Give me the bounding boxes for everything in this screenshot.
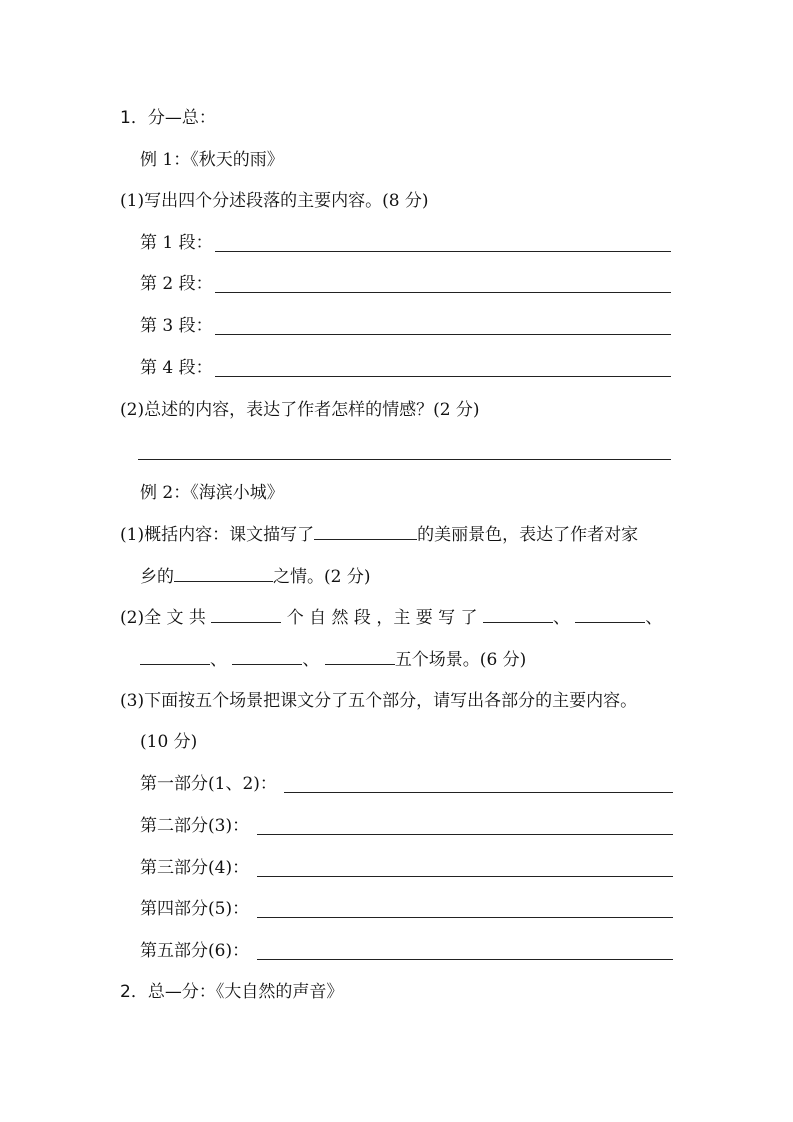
scenery-answer-blank[interactable]: [314, 523, 417, 540]
example-1-question-2: (2)总述的内容，表达了作者怎样的情感？(2 分): [120, 399, 480, 421]
paragraph-2-answer-blank[interactable]: [215, 292, 671, 293]
paragraph-4-answer-blank[interactable]: [215, 376, 671, 377]
example-2-question-3: (3)下面按五个场景把课文分了五个部分，请写出各部分的主要内容。: [120, 690, 637, 712]
q2-text-b: 个 自 然 段 ，主 要 写 了: [287, 608, 478, 628]
q1-text-d: 之情。(2 分): [273, 567, 370, 587]
example-1-question-1: (1)写出四个分述段落的主要内容。(8 分): [120, 190, 429, 212]
example-1-title: 例 1：《秋天的雨》: [140, 149, 284, 171]
part-1-label: 第一部分(1、2)：: [140, 773, 277, 795]
part-3-label: 第三部分(4)：: [140, 857, 249, 879]
example-2-question-2-line-1: (2)全 文 共 个 自 然 段 ，主 要 写 了 、 、: [120, 606, 662, 629]
q2-text-a: (2)全 文 共: [120, 608, 206, 628]
part-4-answer-blank[interactable]: [257, 917, 673, 918]
q2-text-end: 五个场景。(6 分): [395, 650, 526, 670]
paragraph-count-blank[interactable]: [211, 606, 281, 623]
scene-1-blank[interactable]: [483, 606, 553, 623]
scene-5-blank[interactable]: [325, 648, 395, 665]
example-2-question-1-line-1: (1)概括内容：课文描写了的美丽景色，表达了作者对家: [120, 523, 638, 546]
separator: 、: [645, 608, 662, 628]
part-5-label: 第五部分(6)：: [140, 940, 249, 962]
q1-text-b: 的美丽景色，表达了作者对家: [417, 525, 638, 545]
q1-text-c: 乡的: [140, 567, 174, 587]
paragraph-3-label: 第 3 段：: [140, 315, 213, 337]
example-2-question-2-line-2: 、 、 五个场景。(6 分): [140, 648, 526, 671]
paragraph-4-label: 第 4 段：: [140, 357, 213, 379]
section-2-heading: 2．总—分：《大自然的声音》: [120, 981, 343, 1003]
example-2-question-1-line-2: 乡的之情。(2 分): [140, 565, 370, 588]
feeling-answer-blank[interactable]: [174, 565, 273, 582]
part-3-answer-blank[interactable]: [257, 876, 673, 877]
example-2-question-3-score: (10 分): [140, 731, 197, 753]
part-2-label: 第二部分(3)：: [140, 815, 249, 837]
scene-3-blank[interactable]: [140, 648, 210, 665]
paragraph-1-label: 第 1 段：: [140, 232, 213, 254]
part-2-answer-blank[interactable]: [257, 834, 673, 835]
scene-4-blank[interactable]: [232, 648, 302, 665]
paragraph-2-label: 第 2 段：: [140, 273, 213, 295]
part-5-answer-blank[interactable]: [257, 959, 673, 960]
example-2-title: 例 2：《海滨小城》: [140, 482, 284, 504]
section-1-heading: 1．分—总：: [120, 107, 216, 129]
part-1-answer-blank[interactable]: [284, 792, 673, 793]
separator: 、: [302, 650, 319, 670]
q1-text-a: (1)概括内容：课文描写了: [120, 525, 314, 545]
emotion-answer-blank[interactable]: [138, 459, 671, 460]
paragraph-1-answer-blank[interactable]: [215, 251, 671, 252]
separator: 、: [210, 650, 227, 670]
separator: 、: [553, 608, 570, 628]
part-4-label: 第四部分(5)：: [140, 898, 249, 920]
scene-2-blank[interactable]: [575, 606, 645, 623]
paragraph-3-answer-blank[interactable]: [215, 334, 671, 335]
